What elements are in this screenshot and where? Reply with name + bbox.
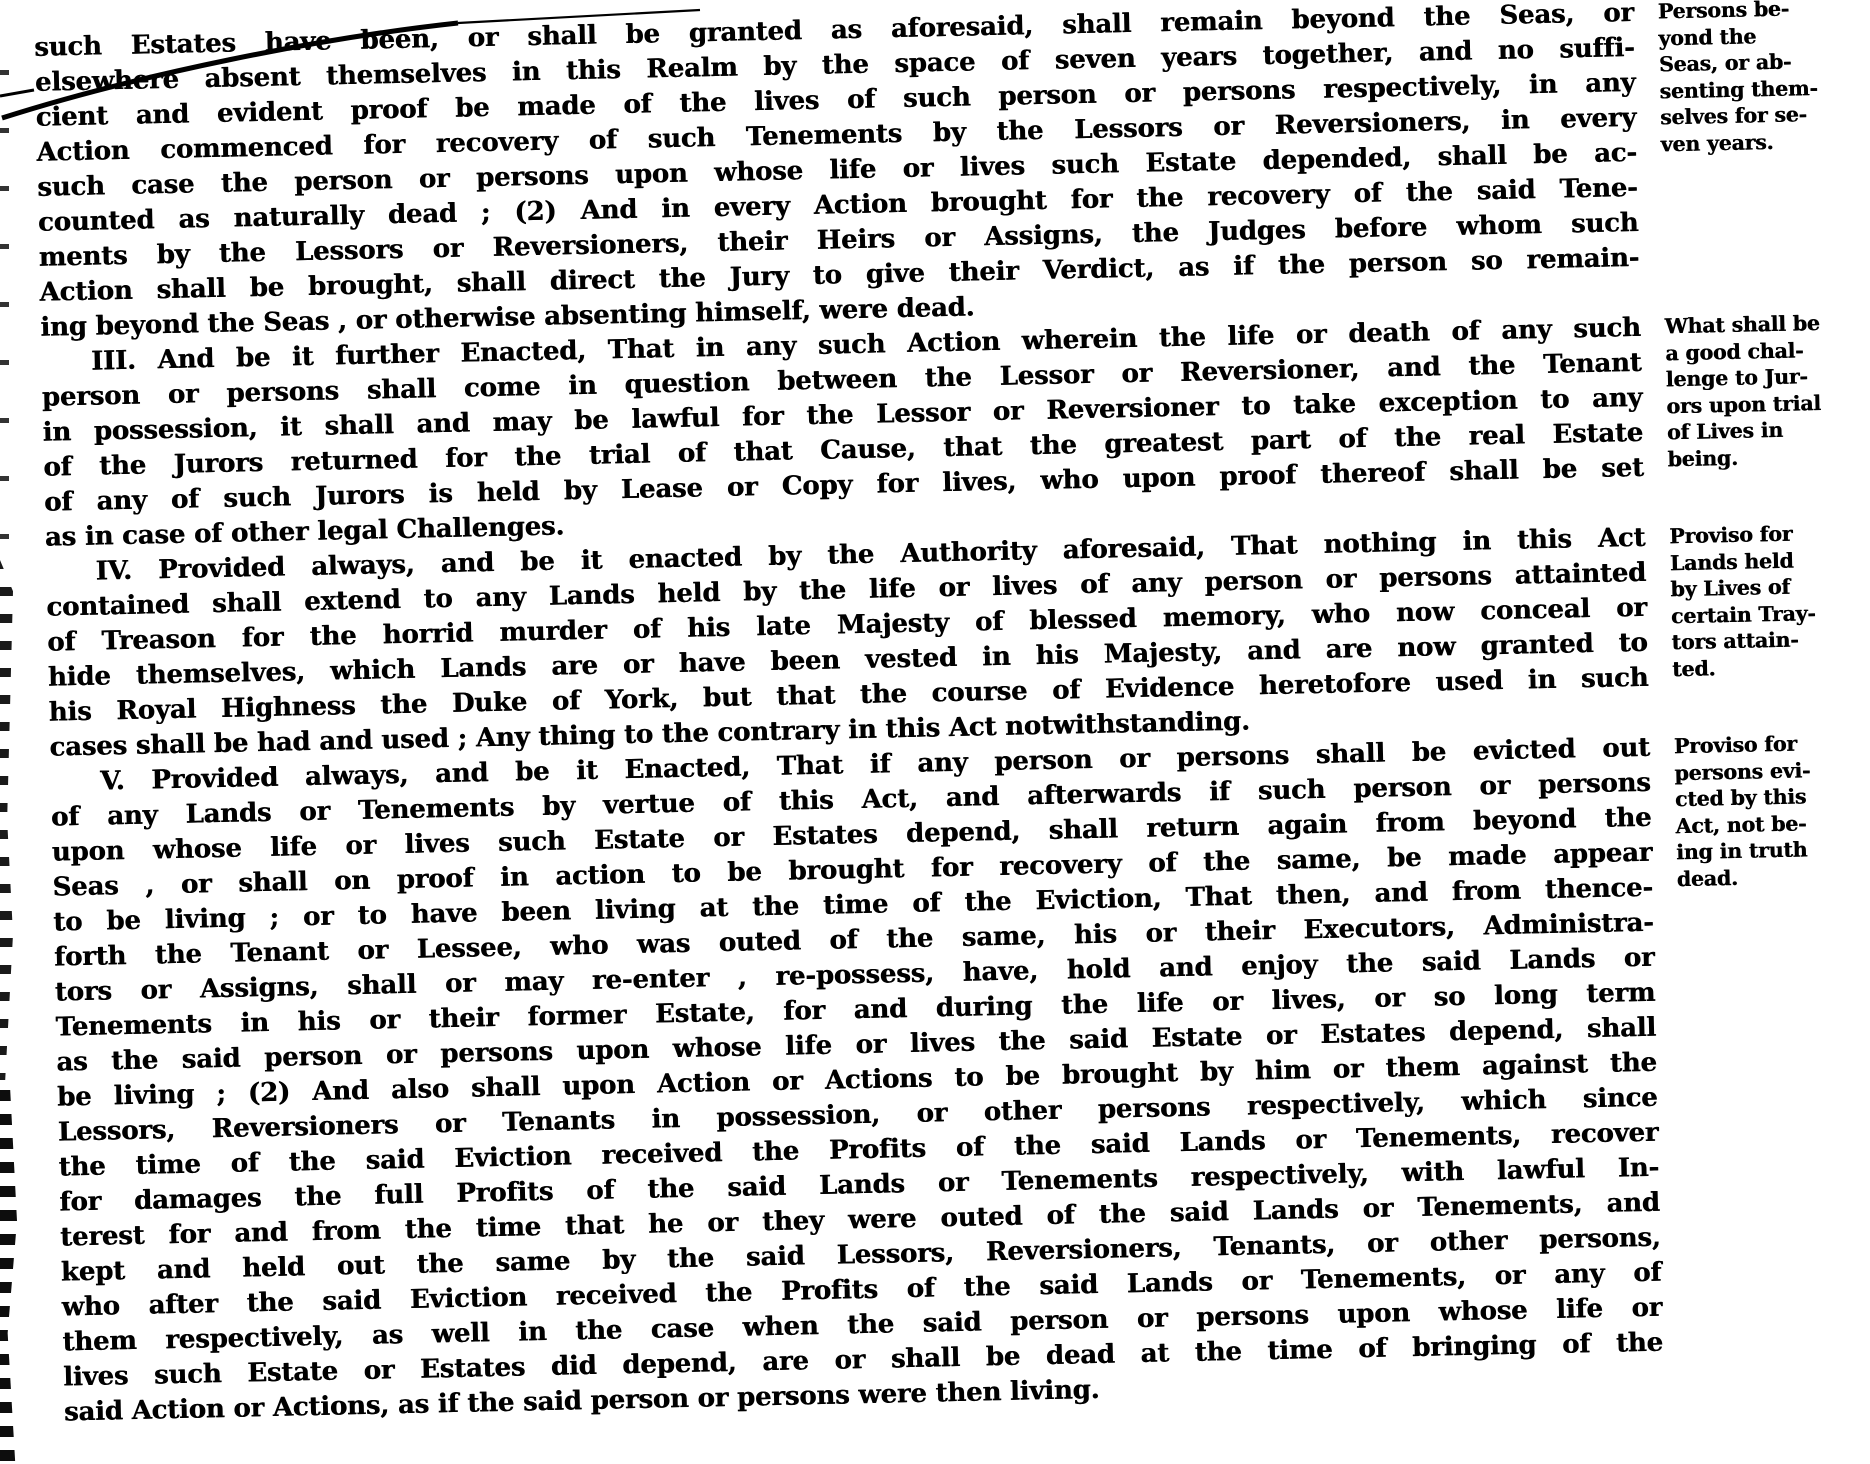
margin-sidenote: Proviso forLands heldby Lives ofcertain … bbox=[1669, 519, 1870, 683]
sidenote-line: ted. bbox=[1672, 651, 1870, 682]
paragraph-v: V. Provided always, and be it Enacted, T… bbox=[50, 726, 1870, 1431]
sidenote-line: Proviso for bbox=[1674, 729, 1870, 760]
document-content: such Estates have been, or shall be gran… bbox=[34, 0, 1870, 1431]
paragraph-iv: IV. Provided always, and be it enacted b… bbox=[45, 516, 1870, 766]
paragraph-ii-continuation: such Estates have been, or shall be gran… bbox=[34, 0, 1870, 346]
paragraph-iii: III. And be it further Enacted, That in … bbox=[41, 306, 1870, 556]
sidenote-line: persons evi- bbox=[1674, 755, 1870, 786]
scan-speckle-band-bottom bbox=[0, 1090, 17, 1464]
margin-sidenote: What shall bea good chal-lenge to Jur-or… bbox=[1664, 309, 1870, 473]
paragraph-body: III. And be it further Enacted, That in … bbox=[41, 311, 1645, 556]
sidenote-line: dead. bbox=[1676, 861, 1870, 892]
scanned-document-page: such Estates have been, or shall be gran… bbox=[0, 0, 1870, 1464]
sidenote-line: ven years. bbox=[1660, 126, 1870, 157]
margin-sidenote: Proviso forpersons evi-cted by thisAct, … bbox=[1674, 729, 1870, 893]
paragraph-body: such Estates have been, or shall be gran… bbox=[34, 0, 1640, 346]
scan-speckle-band-middle bbox=[0, 560, 13, 1080]
sidenote-line: cted by this bbox=[1675, 782, 1870, 813]
margin-sidenote: Persons be-yond theSeas, or ab-senting t… bbox=[1657, 0, 1870, 157]
paragraph-body: IV. Provided always, and be it enacted b… bbox=[45, 521, 1649, 766]
paragraph-body: V. Provided always, and be it Enacted, T… bbox=[50, 731, 1664, 1431]
scan-speckle-band-top bbox=[0, 70, 9, 540]
sidenote-line: ing in truth bbox=[1676, 835, 1870, 866]
sidenote-line: Act, not be- bbox=[1675, 808, 1870, 839]
sidenote-line: being. bbox=[1667, 441, 1870, 472]
